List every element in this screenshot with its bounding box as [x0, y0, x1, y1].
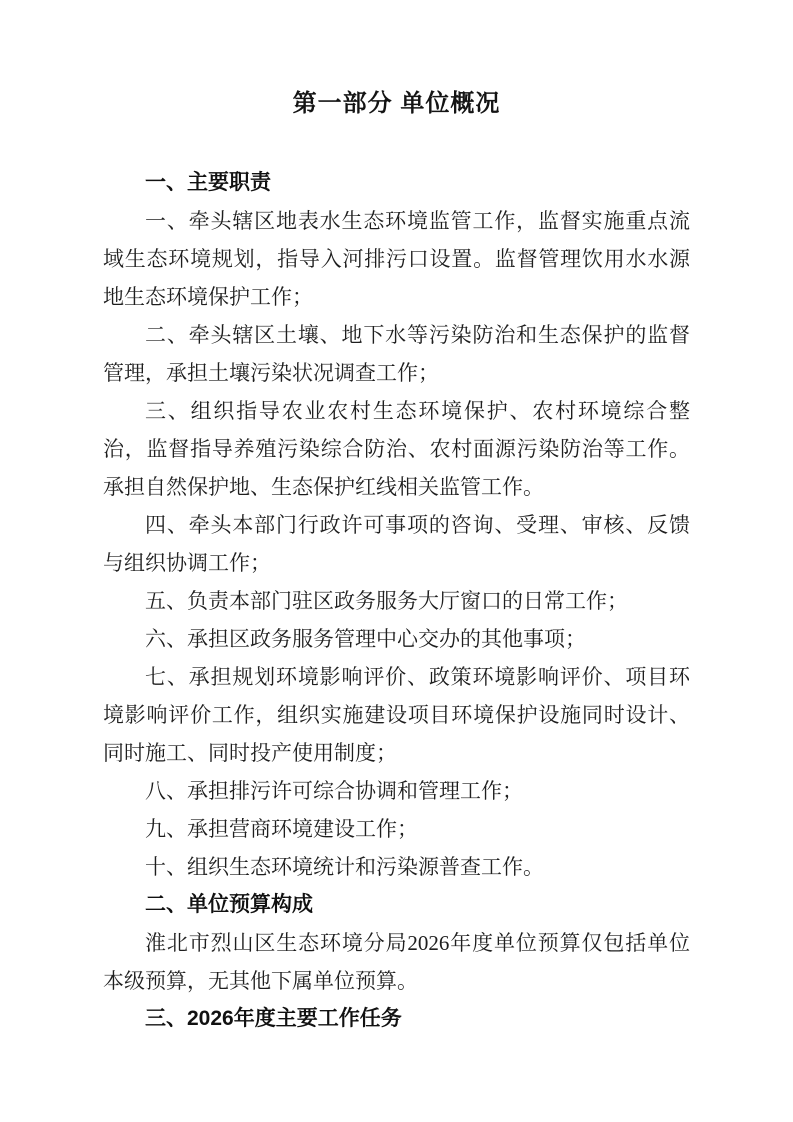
section-heading-main-duties: 一、主要职责 — [103, 164, 690, 202]
duty-paragraph-1: 一、牵头辖区地表水生态环境监管工作，监督实施重点流域生态环境规划，指导入河排污口… — [103, 202, 690, 316]
document-body: 一、主要职责 一、牵头辖区地表水生态环境监管工作，监督实施重点流域生态环境规划，… — [103, 164, 690, 1038]
duty-paragraph-3: 三、组织指导农业农村生态环境保护、农村环境综合整治，监督指导养殖污染综合防治、农… — [103, 392, 690, 506]
duty-paragraph-5: 五、负责本部门驻区政务服务大厅窗口的日常工作； — [103, 582, 690, 620]
budget-composition-paragraph: 淮北市烈山区生态环境分局2026年度单位预算仅包括单位本级预算，无其他下属单位预… — [103, 924, 690, 1000]
duty-paragraph-6: 六、承担区政务服务管理中心交办的其他事项； — [103, 620, 690, 658]
duty-paragraph-10: 十、组织生态环境统计和污染源普查工作。 — [103, 848, 690, 886]
duty-paragraph-4: 四、牵头本部门行政许可事项的咨询、受理、审核、反馈与组织协调工作； — [103, 506, 690, 582]
duty-paragraph-2: 二、牵头辖区土壤、地下水等污染防治和生态保护的监督管理，承担土壤污染状况调查工作… — [103, 316, 690, 392]
page-title: 第一部分 单位概况 — [103, 86, 690, 122]
duty-paragraph-7: 七、承担规划环境影响评价、政策环境影响评价、项目环境影响评价工作，组织实施建设项… — [103, 658, 690, 772]
section-heading-2026-work-tasks: 三、2026年度主要工作任务 — [103, 1000, 690, 1038]
duty-paragraph-8: 八、承担排污许可综合协调和管理工作； — [103, 772, 690, 810]
duty-paragraph-9: 九、承担营商环境建设工作； — [103, 810, 690, 848]
document-page: 第一部分 单位概况 一、主要职责 一、牵头辖区地表水生态环境监管工作，监督实施重… — [0, 0, 793, 1122]
section-heading-budget-composition: 二、单位预算构成 — [103, 886, 690, 924]
